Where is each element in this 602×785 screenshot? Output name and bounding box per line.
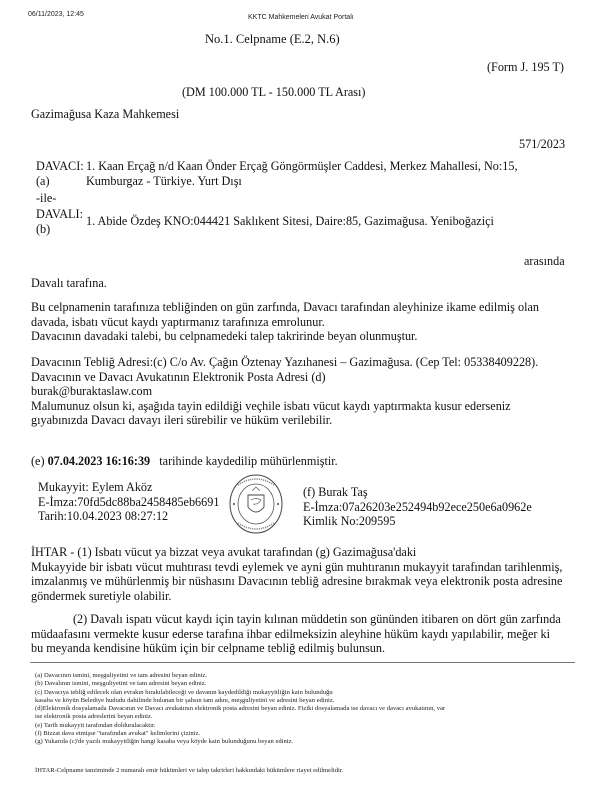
print-timestamp: 06/11/2023, 12:45: [28, 11, 84, 18]
record-datetime: 07.04.2023 16:16:39: [48, 454, 151, 468]
footnotes: (a) Davacının ismini, meşguliyetini ve t…: [35, 672, 445, 747]
plaintiff-email: burak@buraktaslaw.com: [31, 384, 538, 399]
registrar-block: Mukayyit: Eylem Aköz E-İmza:70fd5dc88ba2…: [38, 480, 219, 524]
defendant-note: (b): [36, 222, 50, 237]
defendant-line-1: 1. Abide Özdeş KNO:044421 Saklıkent Site…: [86, 214, 494, 229]
footnote-divider: [30, 662, 575, 663]
amount-range: (DM 100.000 TL - 150.000 TL Arası): [182, 85, 365, 100]
addressee: Davalı tarafına.: [31, 276, 107, 291]
case-number: 571/2023: [519, 137, 565, 152]
between-label: arasında: [524, 254, 565, 269]
form-code: (Form J. 195 T): [487, 60, 564, 75]
registrar-name: Mukayyit: Eylem Aköz: [38, 480, 219, 495]
plaintiff-label: DAVACI:: [36, 159, 84, 174]
document-title: No.1. Celpname (E.2, N.6): [205, 32, 340, 47]
lawyer-block: (f) Burak Taş E-İmza:07a26203e252494b92e…: [303, 485, 532, 529]
lawyer-esign: E-İmza:07a26203e252494b92ece250e6a0962e: [303, 500, 532, 515]
lawyer-name: (f) Burak Taş: [303, 485, 532, 500]
record-line: (e) 07.04.2023 16:16:39 tarihinde kayded…: [31, 454, 338, 469]
summons-paragraph: Bu celpnamenin tarafınıza tebliğinden on…: [31, 300, 539, 344]
warning-1: İHTAR - (1) Isbatı vücut ya bizzat veya …: [31, 545, 562, 603]
plaintiff-line-2: Kumburgaz - Türkiye. Yurt Dışı: [86, 174, 242, 189]
portal-title: KKTC Mahkemeleri Avukat Portalı: [248, 14, 354, 21]
plaintiff-note: (a): [36, 174, 50, 189]
plaintiff-line-1: 1. Kaan Erçağ n/d Kaan Önder Erçağ Göngö…: [86, 159, 518, 174]
warning-2: (2) Davalı ispatı vücut kaydı için tayin…: [31, 612, 561, 656]
registrar-esign: E-İmza:70fd5dc88ba2458485eb6691: [38, 495, 219, 510]
defendant-label: DAVALI:: [36, 207, 83, 222]
registrar-date: Tarih:10.04.2023 08:27:12: [38, 509, 219, 524]
parties-separator: -ile-: [36, 191, 56, 206]
court-seal-icon: [228, 473, 284, 535]
lawyer-id: Kimlik No:209595: [303, 514, 532, 529]
address-paragraph: Davacının Tebliğ Adresi:(c) C/o Av. Çağı…: [31, 355, 538, 428]
court-name: Gazimağusa Kaza Mahkemesi: [31, 107, 179, 122]
final-warning: İHTAR-Celpname tanziminde 2 numaralı emi…: [35, 767, 343, 775]
